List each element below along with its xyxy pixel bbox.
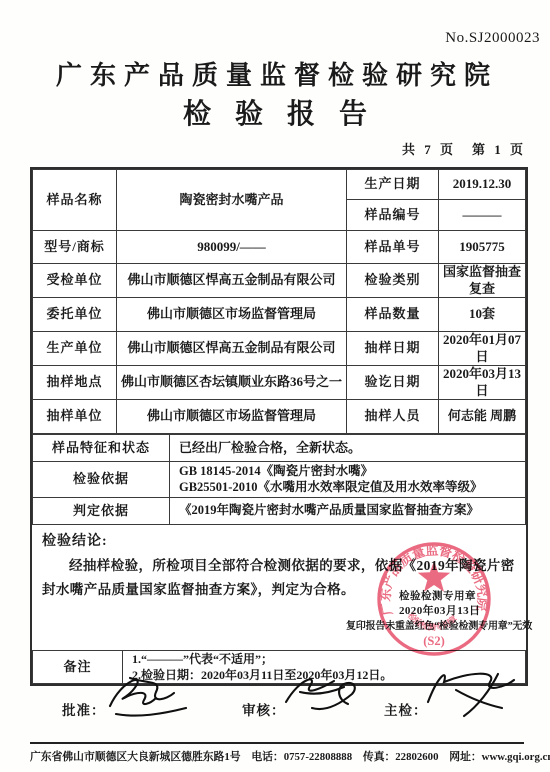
inspection-basis-label: 检验依据 (33, 462, 170, 498)
inspection-basis-line1: GB 18145-2014《陶瓷片密封水嘴》 (179, 464, 523, 480)
table-row: 抽样地点 佛山市顺德区杏坛镇顺业东路36号之一 验讫日期 2020年03月13日 (33, 366, 526, 400)
sample-order-no-label: 样品单号 (347, 231, 439, 264)
model-trademark-label: 型号/商标 (33, 231, 117, 264)
table-row: 生产单位 佛山市顺德区悍高五金制品有限公司 抽样日期 2020年01月07日 (33, 332, 526, 366)
footer-contact-info: 广东省佛山市顺德区大良新城区德胜东路1号 电话：0757-22808888 传真… (30, 749, 542, 764)
document-title: 检验报告 (0, 92, 550, 132)
sample-name-value: 陶瓷密封水嘴产品 (117, 170, 347, 231)
production-date-label: 生产日期 (347, 170, 439, 200)
sampling-location-label: 抽样地点 (33, 366, 117, 400)
sampling-personnel-value: 何志能 周鹏 (439, 400, 526, 434)
model-trademark-value: 980099/—— (117, 231, 347, 264)
inspection-report-page: No.SJ2000023 广东产品质量监督检验研究院 检验报告 共 7 页 第 … (0, 0, 550, 772)
table-row: 型号/商标 980099/—— 样品单号 1905775 (33, 231, 526, 264)
receipt-date-value: 2020年03月13日 (439, 366, 526, 400)
page-count-info: 共 7 页 第 1 页 (402, 139, 526, 158)
production-unit-value: 佛山市顺德区悍高五金制品有限公司 (117, 332, 347, 366)
table-row: 委托单位 佛山市顺德区市场监督管理局 样品数量 10套 (33, 298, 526, 332)
production-date-value: 2019.12.30 (439, 170, 526, 200)
sample-name-label: 样品名称 (33, 170, 117, 231)
institute-title: 广东产品质量监督检验研究院 (0, 55, 550, 92)
table-row: 检验依据 GB 18145-2014《陶瓷片密封水嘴》 GB25501-2010… (33, 462, 526, 498)
table-row: 样品特征和状态 已经出厂检验合格，全新状态。 (33, 435, 526, 462)
sample-no-label: 样品编号 (347, 200, 439, 231)
sample-info-section: 样品名称 陶瓷密封水嘴产品 生产日期 2019.12.30 样品编号 ——— 型… (32, 169, 526, 434)
sample-quantity-label: 样品数量 (347, 298, 439, 332)
sample-order-no-value: 1905775 (439, 231, 526, 264)
seal-bottom-text: 检验检测专用章 (406, 610, 460, 632)
commissioning-unit-label: 委托单位 (33, 298, 117, 332)
table-row: 抽样单位 佛山市顺德区市场监督管理局 抽样人员 何志能 周鹏 (33, 400, 526, 434)
seal-bottom-text-wrap: 检验检测专用章 (406, 610, 460, 632)
sampling-date-value: 2020年01月07日 (439, 332, 526, 366)
seal-code: (S2) (423, 634, 445, 648)
chief-inspector-signature (416, 662, 541, 724)
approver-signature (90, 670, 220, 726)
seal-star-icon (418, 561, 450, 592)
production-unit-label: 生产单位 (33, 332, 117, 366)
judgment-basis-value: 《2019年陶瓷片密封水嘴产品质量国家监督抽查方案》 (170, 498, 526, 525)
sampling-location-value: 佛山市顺德区杏坛镇顺业东路36号之一 (117, 366, 347, 400)
sample-state-label: 样品特征和状态 (33, 435, 170, 462)
footer-divider (30, 742, 524, 744)
sampling-unit-value: 佛山市顺德区市场监督管理局 (117, 400, 347, 434)
table-row: 受检单位 佛山市顺德区悍高五金制品有限公司 检验类别 国家监督抽查复查 (33, 264, 526, 298)
sample-state-value: 已经出厂检验合格，全新状态。 (170, 435, 526, 462)
official-seal: 广东产品质量监督检验研究院 检验检测专用章 (S2) (374, 540, 496, 662)
sampling-personnel-label: 抽样人员 (347, 400, 439, 434)
inspection-basis-value: GB 18145-2014《陶瓷片密封水嘴》 GB25501-2010《水嘴用水… (170, 462, 526, 498)
sample-quantity-value: 10套 (439, 298, 526, 332)
table-row: 判定依据 《2019年陶瓷片密封水嘴产品质量国家监督抽查方案》 (33, 498, 526, 525)
basis-section: 样品特征和状态 已经出厂检验合格，全新状态。 检验依据 GB 18145-201… (32, 434, 526, 525)
sampling-unit-label: 抽样单位 (33, 400, 117, 434)
inspected-unit-value: 佛山市顺德区悍高五金制品有限公司 (117, 264, 347, 298)
inspected-unit-label: 受检单位 (33, 264, 117, 298)
sample-no-value: ——— (439, 200, 526, 231)
reviewer-signature (278, 668, 383, 720)
judgment-basis-label: 判定依据 (33, 498, 170, 525)
table-row: 样品名称 陶瓷密封水嘴产品 生产日期 2019.12.30 (33, 170, 526, 200)
receipt-date-label: 验讫日期 (347, 366, 439, 400)
inspection-category-value: 国家监督抽查复查 (439, 264, 526, 298)
sampling-date-label: 抽样日期 (347, 332, 439, 366)
commissioning-unit-value: 佛山市顺德区市场监督管理局 (117, 298, 347, 332)
inspection-category-label: 检验类别 (347, 264, 439, 298)
report-number: No.SJ2000023 (445, 30, 540, 47)
inspection-basis-line2: GB25501-2010《水嘴用水效率限定值及用水效率等级》 (179, 480, 523, 496)
